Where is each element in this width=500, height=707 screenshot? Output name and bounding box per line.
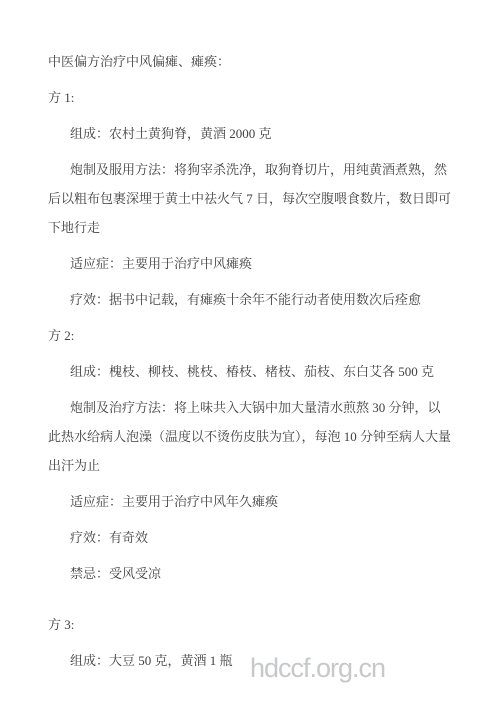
recipe-2-contraindication: 禁忌：受风受凉: [48, 559, 453, 588]
recipe-1-preparation-method: 炮制及服用方法：将狗宰杀洗净，取狗脊切片，用纯黄酒煮熟，然后以粗布包裹深埋于黄土…: [48, 155, 453, 242]
recipe-1-indication: 适应症：主要用于治疗中风瘫痪: [48, 249, 453, 278]
recipe-2-composition: 组成：槐枝、柳枝、桃枝、椿枝、楮枝、茄枝、东白艾各 500 克: [48, 357, 453, 386]
recipe-1-composition: 组成：农村土黄狗脊，黄酒 2000 克: [48, 119, 453, 148]
article-body: 中医偏方治疗中风偏瘫、瘫痪： 方 1: 组成：农村土黄狗脊，黄酒 2000 克 …: [48, 47, 453, 682]
recipe-1-heading: 方 1:: [48, 83, 453, 112]
recipe-3-heading: 方 3:: [48, 610, 453, 639]
site-watermark: hdccf.org.cn: [250, 651, 385, 685]
recipe-2-heading: 方 2:: [48, 321, 453, 350]
recipe-1-effect: 疗效：据书中记载，有瘫痪十余年不能行动者使用数次后痊愈: [48, 285, 453, 314]
recipe-2-indication: 适应症：主要用于治疗中风年久瘫痪: [48, 487, 453, 516]
recipe-2-preparation-method: 炮制及治疗方法：将上味共入大锅中加大量清水煎熬 30 分钟，以此热水给病人泡澡（…: [48, 393, 453, 480]
document-page: 中医偏方治疗中风偏瘫、瘫痪： 方 1: 组成：农村土黄狗脊，黄酒 2000 克 …: [0, 0, 500, 707]
article-title: 中医偏方治疗中风偏瘫、瘫痪：: [48, 47, 453, 76]
recipe-2-effect: 疗效：有奇效: [48, 523, 453, 552]
